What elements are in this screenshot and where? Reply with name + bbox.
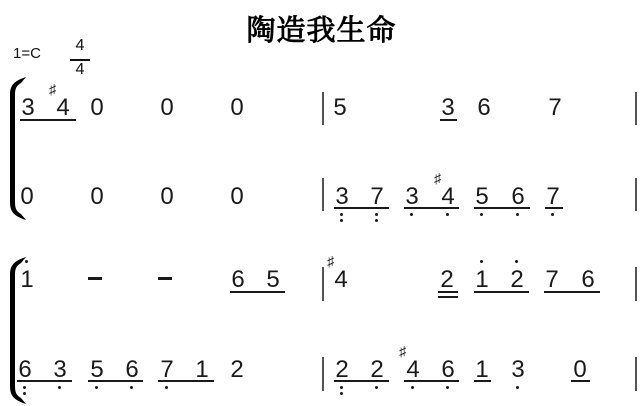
barline [635,92,637,125]
dash-note [88,277,102,280]
note-digit: 3 [441,96,454,120]
beam-line [334,380,389,382]
octave-dot-below [516,386,519,389]
octave-dot-below [375,219,378,222]
song-title: 陶造我生命 [0,8,643,49]
octave-dot-below [340,392,343,395]
note-digit: 6 [231,268,244,292]
octave-dot-below [446,213,449,216]
octave-dot-below [551,213,554,216]
octave-dot-below [95,386,98,389]
octave-dot-below [340,213,343,216]
beam-line [474,291,529,293]
octave-dot-above [515,260,518,263]
note-digit: 7 [548,96,561,120]
note-digit: 2 [370,358,383,382]
note-digit: 4 [406,358,419,382]
beam-line [404,207,459,209]
barline [322,92,324,125]
beam-line [545,207,563,209]
note-digit: 1 [475,358,488,382]
system-bracket-icon [2,257,28,404]
note-digit: 0 [230,185,243,209]
note-digit: 6 [581,268,594,292]
note-digit: 1 [195,358,208,382]
note-digit: 5 [90,358,103,382]
time-signature-denominator: 4 [69,61,91,79]
time-signature-numerator: 4 [69,37,91,55]
note-digit: 6 [441,358,454,382]
beam-line [404,380,459,382]
octave-dot-below [165,386,168,389]
octave-dot-below [410,213,413,216]
beam-line [544,291,600,293]
barline [322,357,324,391]
note-digit: 3 [53,358,66,382]
sharp-icon: ♯ [399,344,406,358]
beam-line [440,119,457,121]
note-digit: 0 [573,358,586,382]
key-signature: 1=C [13,45,41,62]
octave-dot-below [411,386,414,389]
sharp-icon: ♯ [49,82,56,96]
barline [322,178,324,211]
note-digit: 4 [56,96,69,120]
note-digit: 4 [441,185,454,209]
note-digit: 6 [477,96,490,120]
note-digit: 7 [546,185,559,209]
beam-line [20,119,76,121]
beam-line [230,291,285,293]
dash-note [158,277,172,280]
beam-line [88,380,143,382]
note-digit: 3 [511,358,524,382]
octave-dot-below [130,386,133,389]
barline [635,267,637,301]
note-digit: 2 [510,268,523,292]
beam-line [334,207,389,209]
octave-dot-below [58,386,61,389]
note-digit: 0 [160,96,173,120]
note-digit: 7 [370,185,383,209]
sheet-music-page: 陶造我生命 1=C 4 4 34♯000536700003734♯5671654… [0,0,643,406]
note-digit: 2 [230,358,243,382]
note-digit: 7 [160,358,173,382]
octave-dot-below [446,386,449,389]
note-digit: 3 [335,185,348,209]
note-digit: 0 [160,185,173,209]
note-digit: 0 [90,185,103,209]
octave-dot-below [340,219,343,222]
note-digit: 2 [440,268,453,292]
note-digit: 0 [90,96,103,120]
note-digit: 4 [334,268,347,292]
octave-dot-above [480,260,483,263]
note-digit: 7 [545,268,558,292]
note-digit: 3 [405,185,418,209]
beam-line [474,380,491,382]
note-digit: 6 [511,185,524,209]
note-digit: 1 [475,268,488,292]
note-digit: 5 [333,96,346,120]
octave-dot-below [480,213,483,216]
beam-line [474,207,530,209]
note-digit: 6 [125,358,138,382]
sharp-icon: ♯ [434,171,441,185]
octave-dot-below [375,386,378,389]
beam-line [438,296,458,298]
note-digit: 5 [266,268,279,292]
beam-line [571,380,590,382]
note-digit: 2 [335,358,348,382]
beam-line [158,380,214,382]
sharp-icon: ♯ [327,254,334,268]
octave-dot-below [340,386,343,389]
system-bracket-icon [2,77,28,220]
octave-dot-below [375,213,378,216]
barline [635,357,637,391]
barline [635,178,637,211]
note-digit: 5 [475,185,488,209]
barline [322,267,324,301]
beam-line [438,291,458,293]
note-digit: 0 [230,96,243,120]
octave-dot-below [516,213,519,216]
